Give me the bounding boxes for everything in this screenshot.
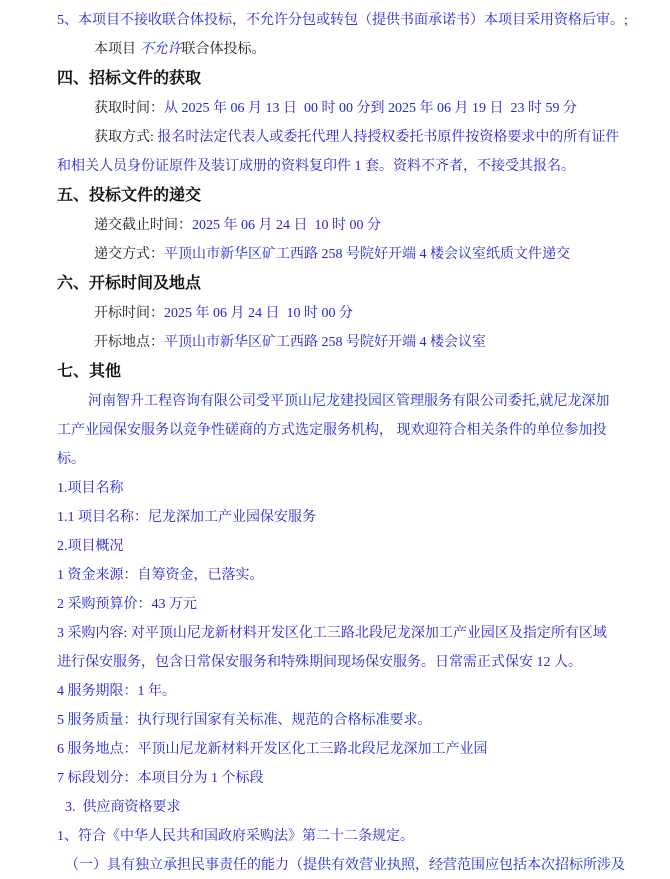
opening-time-value: 2025 年 06 月 24 日 10 时 00 分	[164, 306, 353, 321]
obtain-method-label: 获取方式:	[94, 130, 157, 145]
submit-deadline-label: 递交截止时间：	[94, 218, 192, 233]
other-intro-line1: 河南智升工程咨询有限公司受平顶山尼龙建投园区管理服务有限公司委托,就尼龙深加	[57, 387, 642, 416]
opening-place-label: 开标地点：	[94, 335, 164, 350]
obtain-method-line: 获取方式: 报名时法定代表人或委托代理人持授权委托书原件按资格要求中的所有证件	[57, 123, 642, 152]
procurement-content-line1: 3 采购内容: 对平顶山尼龙新材料开发区化工三路北段尼龙深加工产业园区及指定所有…	[57, 619, 642, 648]
other-intro-line1-text: 河南智升工程咨询有限公司受平顶山尼龙建投园区管理服务有限公司委托,就尼龙深加	[88, 394, 610, 409]
other-intro-line2: 工产业园保安服务以竞争性磋商的方式选定服务机构， 现欢迎符合相关条件的单位参加投	[57, 416, 642, 445]
procurement-content-line1-text: 3 采购内容: 对平顶山尼龙新材料开发区化工三路北段尼龙深加工产业园区及指定所有…	[57, 626, 607, 641]
qualification-item1-text: 1、符合《中华人民共和国政府采购法》第二十二条规定。	[57, 829, 414, 844]
service-place-line: 6 服务地点：平顶山尼龙新材料开发区化工三路北段尼龙深加工产业园	[57, 735, 642, 764]
section-heading-obtain-text: 四、招标文件的获取	[57, 70, 201, 87]
procurement-content-line2: 进行保安服务，包含日常保安服务和特殊期间现场保安服务。日常需正式保安 12 人。	[57, 648, 642, 677]
overview-title-line: 2.项目概况	[57, 532, 642, 561]
opening-place-line: 开标地点：平顶山市新华区矿工西路 258 号院好开端 4 楼会议室	[57, 328, 642, 357]
project-name-title-line: 1.项目名称	[57, 474, 642, 503]
other-intro-line3-text: 标。	[57, 452, 85, 467]
submit-method-label: 递交方式：	[94, 247, 164, 262]
section-heading-opening: 六、开标时间及地点	[57, 269, 642, 299]
obtain-method-continuation-text: 和相关人员身份证原件及装订成册的资料复印件 1 套。资料不齐者，不接受其报名。	[57, 159, 575, 174]
qualification-item1-line: 1、符合《中华人民共和国政府采购法》第二十二条规定。	[57, 822, 642, 851]
section-heading-submit: 五、投标文件的递交	[57, 181, 642, 211]
opening-place-value: 平顶山市新华区矿工西路 258 号院好开端 4 楼会议室	[164, 335, 486, 350]
service-quality-line: 5 服务质量：执行现行国家有关标准、规范的合格标准要求。	[57, 706, 642, 735]
obtain-method-continuation-line: 和相关人员身份证原件及装订成册的资料复印件 1 套。资料不齐者，不接受其报名。	[57, 152, 642, 181]
submit-deadline-value: 2025 年 06 月 24 日 10 时 00 分	[192, 218, 381, 233]
opening-time-line: 开标时间：2025 年 06 月 24 日 10 时 00 分	[57, 299, 642, 328]
service-place-text: 6 服务地点：平顶山尼龙新材料开发区化工三路北段尼龙深加工产业园	[57, 742, 488, 757]
notice-line: 5、本项目不接收联合体投标，不允许分包或转包（提供书面承诺书）本项目采用资格后审…	[57, 6, 642, 35]
service-term-line: 4 服务期限：1 年。	[57, 677, 642, 706]
submit-method-line: 递交方式：平顶山市新华区矿工西路 258 号院好开端 4 楼会议室纸质文件递交	[57, 240, 642, 269]
qualification-item1a-text: （一）具有独立承担民事责任的能力（提供有效营业执照，经营范围应包括本次招标所涉及	[65, 858, 625, 873]
other-intro-line3: 标。	[57, 445, 642, 474]
obtain-time-label: 获取时间：	[94, 101, 164, 116]
notice-text: 5、本项目不接收联合体投标，不允许分包或转包（提供书面承诺书）本项目采用资格后审…	[57, 13, 628, 28]
jv-suffix: 联合体投标。	[182, 42, 266, 57]
budget-line: 2 采购预算价：43 万元	[57, 590, 642, 619]
obtain-time-value: 从 2025 年 06 月 13 日 00 时 00 分到 2025 年 06 …	[164, 101, 577, 116]
budget-text: 2 采购预算价：43 万元	[57, 597, 197, 612]
qualification-item1a-line: （一）具有独立承担民事责任的能力（提供有效营业执照，经营范围应包括本次招标所涉及	[57, 851, 642, 879]
section-heading-obtain: 四、招标文件的获取	[57, 64, 642, 94]
section-heading-submit-text: 五、投标文件的递交	[57, 187, 201, 204]
submit-deadline-line: 递交截止时间：2025 年 06 月 24 日 10 时 00 分	[57, 211, 642, 240]
section-heading-opening-text: 六、开标时间及地点	[57, 275, 201, 292]
document-page: 5、本项目不接收联合体投标，不允许分包或转包（提供书面承诺书）本项目采用资格后审…	[0, 0, 670, 879]
obtain-time-line: 获取时间：从 2025 年 06 月 13 日 00 时 00 分到 2025 …	[57, 94, 642, 123]
fund-source-line: 1 资金来源：自筹资金，已落实。	[57, 561, 642, 590]
overview-title-text: 2.项目概况	[57, 539, 124, 554]
other-intro-line2-text: 工产业园保安服务以竞争性磋商的方式选定服务机构， 现欢迎符合相关条件的单位参加投	[57, 423, 607, 438]
service-quality-text: 5 服务质量：执行现行国家有关标准、规范的合格标准要求。	[57, 713, 432, 728]
project-name-title-text: 1.项目名称	[57, 481, 124, 496]
qualification-title-line: 3. 供应商资格要求	[57, 793, 642, 822]
lot-division-text: 7 标段划分：本项目分为 1 个标段	[57, 771, 264, 786]
fund-source-text: 1 资金来源：自筹资金，已落实。	[57, 568, 264, 583]
jv-statement-line: 本项目 不允许联合体投标。	[57, 35, 642, 64]
opening-time-label: 开标时间：	[94, 306, 164, 321]
lot-division-line: 7 标段划分：本项目分为 1 个标段	[57, 764, 642, 793]
section-heading-other: 七、其他	[57, 357, 642, 387]
procurement-content-line2-text: 进行保安服务，包含日常保安服务和特殊期间现场保安服务。日常需正式保安 12 人。	[57, 655, 582, 670]
submit-method-value: 平顶山市新华区矿工西路 258 号院好开端 4 楼会议室纸质文件递交	[164, 247, 570, 262]
section-heading-other-text: 七、其他	[57, 363, 121, 380]
jv-emphasis: 不允许	[140, 42, 182, 57]
project-name-text: 1.1 项目名称：尼龙深加工产业园保安服务	[57, 510, 316, 525]
project-name-line: 1.1 项目名称：尼龙深加工产业园保安服务	[57, 503, 642, 532]
jv-prefix: 本项目	[94, 42, 140, 57]
service-term-text: 4 服务期限：1 年。	[57, 684, 176, 699]
qualification-title-text: 3. 供应商资格要求	[65, 800, 181, 815]
obtain-method-value: 报名时法定代表人或委托代理人持授权委托书原件按资格要求中的所有证件	[157, 130, 619, 145]
